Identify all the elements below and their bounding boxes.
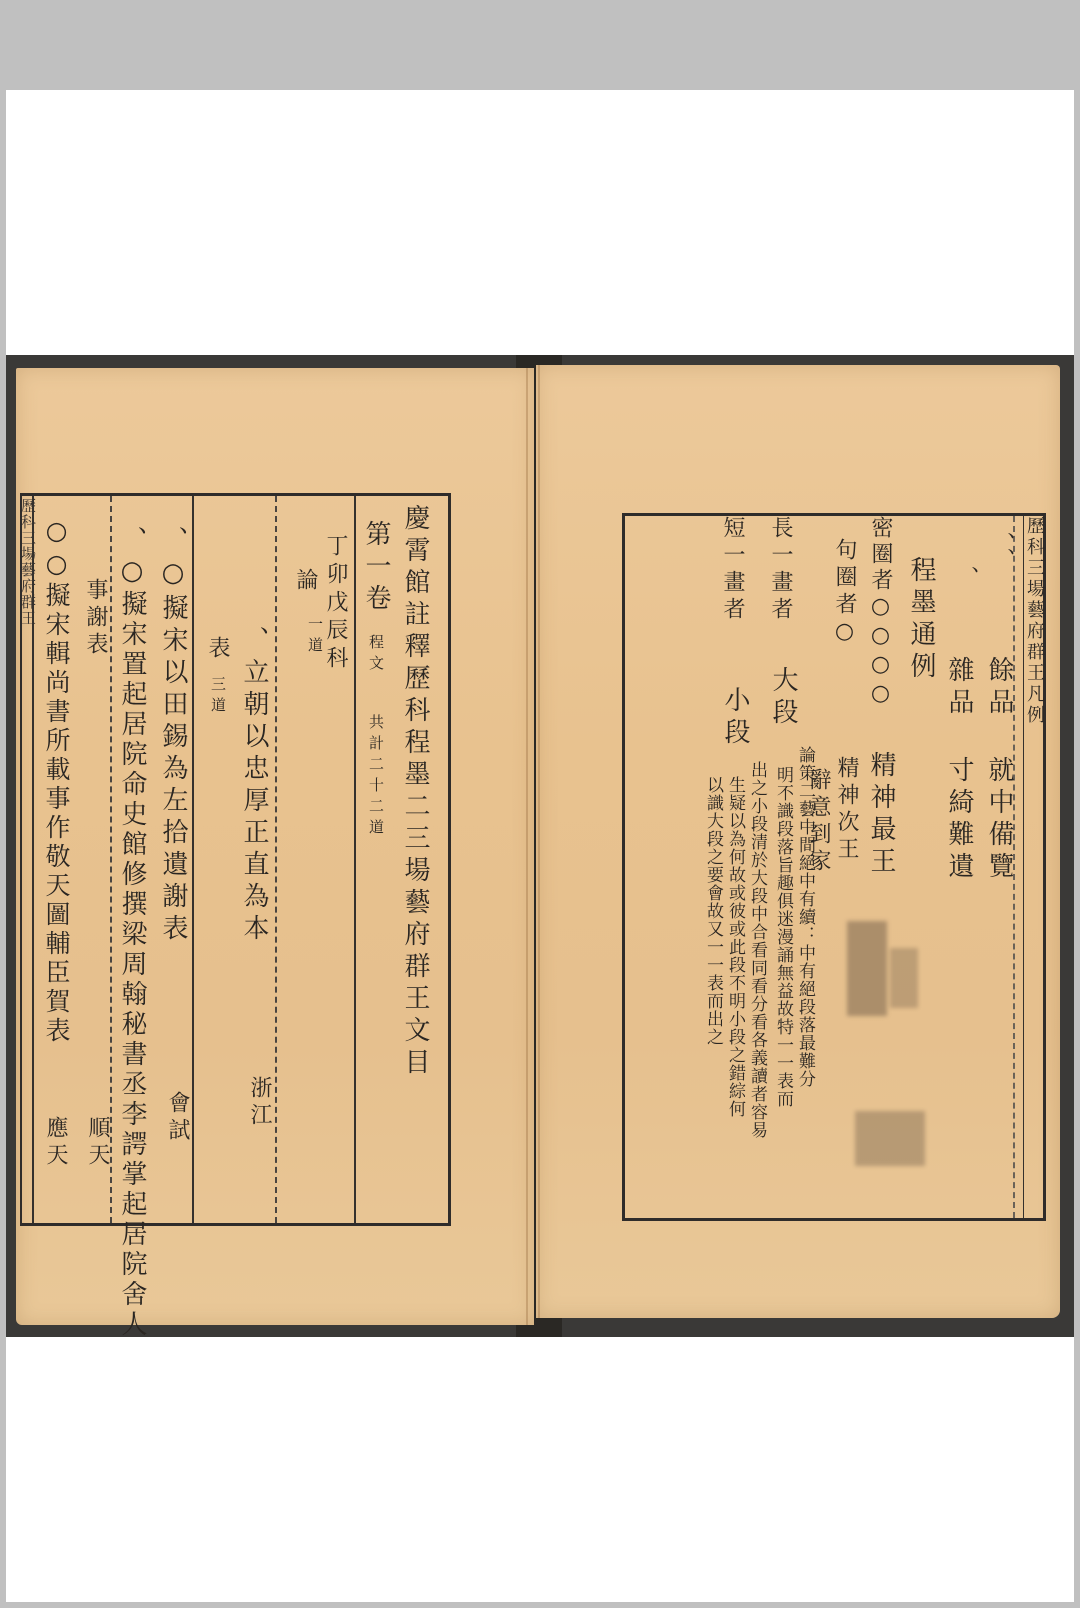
- biao-item-1: 、○擬宋以田錫為左拾遺謝表: [155, 526, 192, 946]
- chang-hua: 長一畫者: [765, 516, 796, 624]
- column-rule: [32, 496, 34, 1223]
- zapin-marks: 、: [951, 566, 982, 593]
- lun-count: 一道: [305, 616, 326, 658]
- yupin-marks: 、、: [987, 532, 1018, 575]
- general-rules-heading: 程墨通例: [903, 556, 940, 684]
- jingshen-ci-wang: 精神次王: [831, 756, 862, 864]
- right-edge-label: 歷科三場藝府群王凡例: [1025, 516, 1044, 726]
- lun-label: 論: [290, 568, 321, 595]
- biao-item-2: 、○擬宋置起居院命史館修撰梁周翰秘書丞李諤掌起居院舍人: [114, 526, 151, 1340]
- ink-bleed: [847, 921, 887, 1016]
- duan-hua: 短一畫者: [717, 516, 748, 624]
- lun-item: 、立朝以忠厚正直為本: [236, 626, 273, 946]
- book-scan: 歷科三場藝府群王 慶霄館註釋歷科程墨二三場藝府群王文目 第一卷 程文 共計二十二…: [6, 355, 1074, 1337]
- note-line-c: 出之小段清於大段中合看同看分看各義讀者容易: [747, 761, 766, 1139]
- left-table-frame: 慶霄館註釋歷科程墨二三場藝府群王文目 第一卷 程文 共計二十二道 丁卯戊辰科 論…: [20, 493, 451, 1226]
- gutter-fold: [538, 365, 540, 1318]
- right-page: 歷科三場藝府群王凡例 、、 餘品 就中備覽 、 雜品 寸綺難遺 程墨通例 密圈者…: [536, 365, 1060, 1318]
- biao-label: 表: [202, 636, 233, 663]
- yupin-label: 餘品: [981, 656, 1018, 720]
- da-duan: 大段: [765, 666, 802, 730]
- toc-title: 慶霄館註釋歷科程墨二三場藝府群王文目: [397, 504, 434, 1080]
- lun-region: 浙江: [244, 1076, 275, 1130]
- biao-item-3: ○○擬宋輯尚書所載事作敬天圖輔臣賀表: [38, 516, 74, 1046]
- volume-total: 共計二十二道: [366, 714, 387, 840]
- column-rule: [275, 496, 277, 1223]
- biao-item-3-cont: 事謝表: [80, 578, 111, 659]
- biao-count: 三道: [208, 676, 229, 718]
- jingshen-zui-wang: 精神最王: [863, 751, 900, 879]
- right-table-frame: 歷科三場藝府群王凡例 、、 餘品 就中備覽 、 雜品 寸綺難遺 程墨通例 密圈者…: [622, 513, 1046, 1221]
- ink-bleed: [855, 1111, 925, 1166]
- ink-bleed: [890, 948, 918, 1008]
- note-line-e: 以識大段之要會故又一一表而出之: [703, 776, 722, 1046]
- volume-sub: 程文: [366, 634, 387, 676]
- ju-quan: 句圈者○: [829, 538, 860, 649]
- note-line-d: 生疑以為何故或彼或此段不明小段之錯綜何: [725, 776, 744, 1118]
- zapin-desc: 寸綺難遺: [941, 756, 978, 884]
- left-page: 歷科三場藝府群王 慶霄館註釋歷科程墨二三場藝府群王文目 第一卷 程文 共計二十二…: [16, 368, 534, 1325]
- volume-heading: 第一卷: [358, 520, 395, 616]
- note-line-b: 明不識段落旨趣俱迷漫誦無益故特一一表而: [773, 766, 792, 1108]
- mi-quan: 密圈者○○○○: [865, 516, 896, 710]
- biao-item-2-region: 會試: [162, 1091, 193, 1145]
- xiao-duan: 小段: [717, 686, 754, 750]
- column-rule: [354, 496, 356, 1223]
- zapin-label: 雜品: [941, 656, 978, 720]
- region-shuntian: 順天: [82, 1116, 113, 1170]
- note-line-a: 論策二藝中間絕中有續：中有絕段落最難分: [795, 746, 814, 1088]
- yupin-desc: 就中備覽: [981, 756, 1018, 884]
- region-yingtian: 應天: [40, 1116, 71, 1170]
- gutter-fold: [526, 368, 528, 1325]
